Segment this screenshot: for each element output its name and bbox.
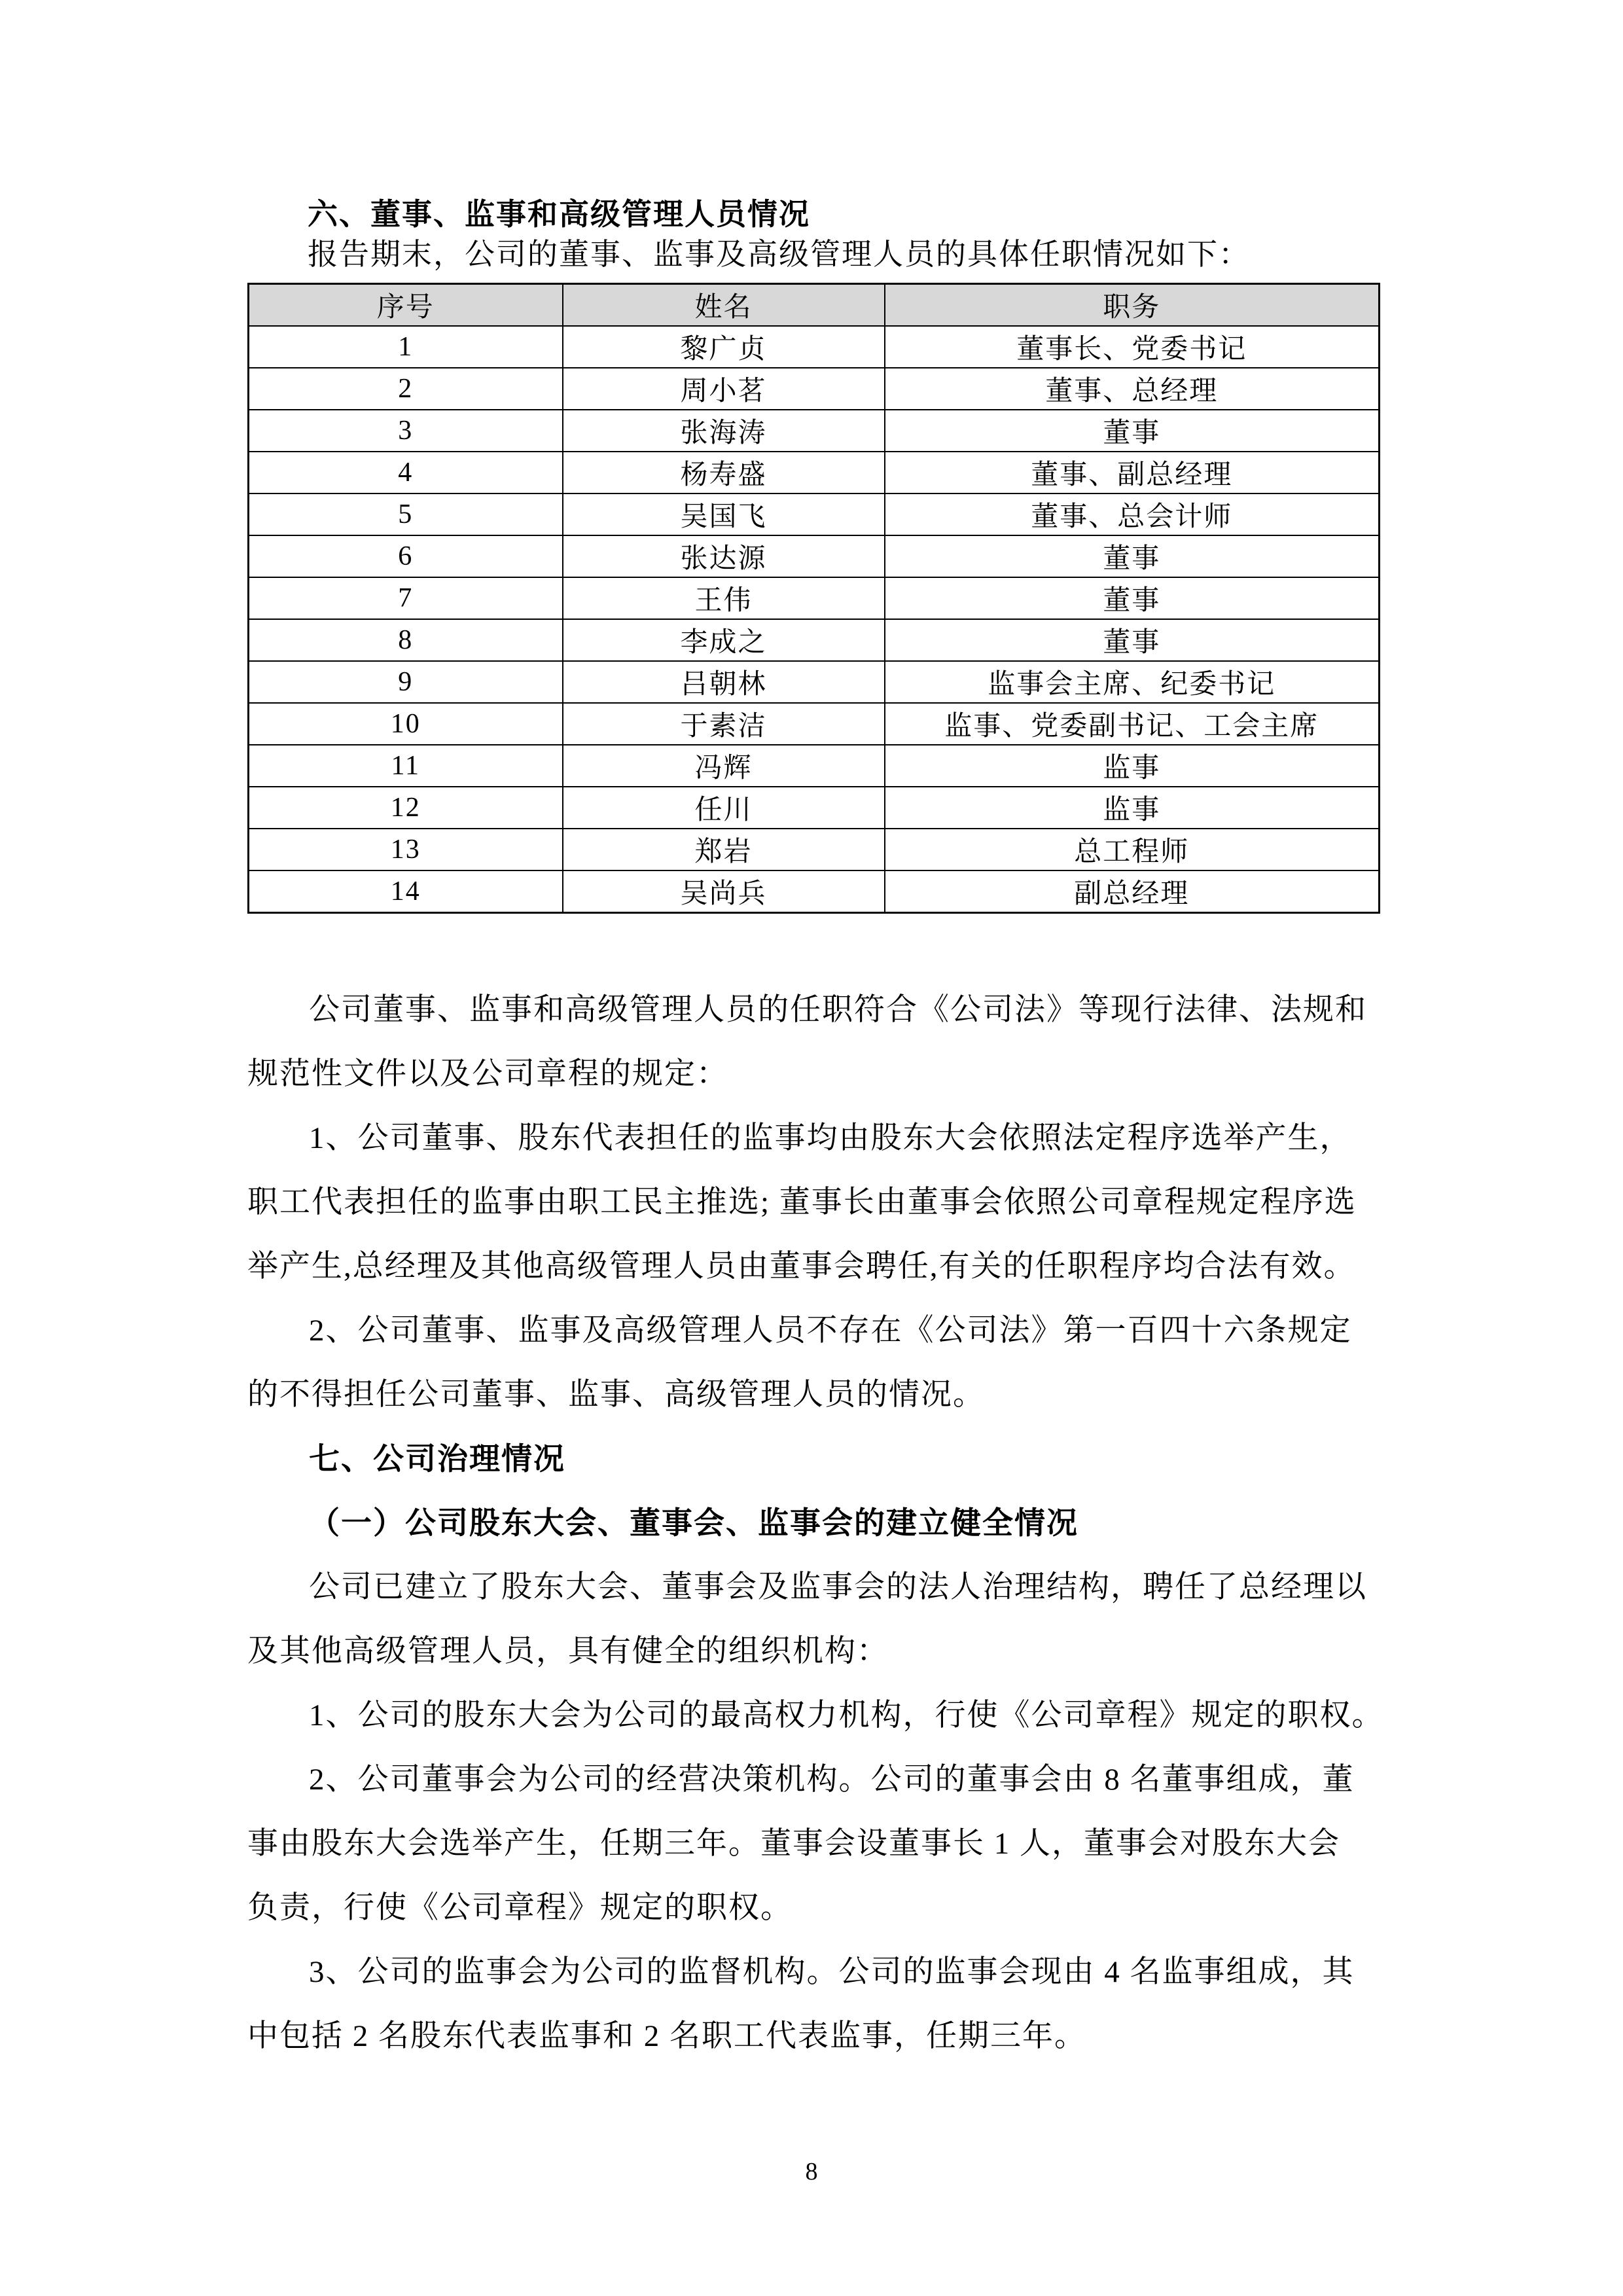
row-index: 5 [249,493,563,535]
body-line: 负责，行使《公司章程》规定的职权。 [247,1876,1399,1940]
person-position: 董事 [885,410,1380,452]
body-line: 中包括 2 名股东代表监事和 2 名职工代表监事，任期三年。 [247,2004,1399,2068]
table-row: 7王伟董事 [249,577,1380,619]
body-line: 举产生,总经理及其他高级管理人员由董事会聘任,有关的任职程序均合法有效。 [247,1234,1399,1299]
person-position: 监事、党委副书记、工会主席 [885,703,1380,745]
person-name: 张达源 [563,535,885,577]
row-index: 7 [249,577,563,619]
row-index: 13 [249,829,563,870]
body-line: 1、公司董事、股东代表担任的监事均由股东大会依照法定程序选举产生， [247,1106,1399,1170]
body-line: 1、公司的股东大会为公司的最高权力机构，行使《公司章程》规定的职权。 [247,1683,1399,1748]
person-position: 董事、总经理 [885,368,1380,410]
person-name: 吴国飞 [563,493,885,535]
body-line: 公司已建立了股东大会、董事会及监事会的法人治理结构，聘任了总经理以 [247,1555,1399,1619]
body-text: 公司董事、监事和高级管理人员的任职符合《公司法》等现行法律、法规和规范性文件以及… [247,978,1399,2068]
row-index: 2 [249,368,563,410]
table-header-row: 序号姓名职务 [249,284,1380,327]
row-index: 9 [249,661,563,703]
person-name: 王伟 [563,577,885,619]
person-name: 李成之 [563,619,885,661]
table-row: 3张海涛董事 [249,410,1380,452]
sub-heading-line: （一）公司股东大会、董事会、监事会的建立健全情况 [247,1491,1399,1555]
body-line: 3、公司的监事会为公司的监督机构。公司的监事会现由 4 名监事组成，其 [247,1940,1399,2004]
table-row: 2周小茗董事、总经理 [249,368,1380,410]
document-page: 六、董事、监事和高级管理人员情况 报告期末，公司的董事、监事及高级管理人员的具体… [0,0,1623,2296]
table-row: 14吴尚兵副总经理 [249,870,1380,913]
person-position: 董事 [885,619,1380,661]
table-row: 13郑岩总工程师 [249,829,1380,870]
table-body: 1黎广贞董事长、党委书记2周小茗董事、总经理3张海涛董事4杨寿盛董事、副总经理5… [249,326,1380,913]
body-line: 的不得担任公司董事、监事、高级管理人员的情况。 [247,1363,1399,1427]
table-row: 6张达源董事 [249,535,1380,577]
table-row: 11冯辉监事 [249,745,1380,787]
body-line: 公司董事、监事和高级管理人员的任职符合《公司法》等现行法律、法规和 [247,978,1399,1042]
person-name: 杨寿盛 [563,452,885,493]
person-position: 董事、副总经理 [885,452,1380,493]
person-position: 董事 [885,535,1380,577]
table-row: 9吕朝林监事会主席、纪委书记 [249,661,1380,703]
body-line: 职工代表担任的监事由职工民主推选; 董事长由董事会依照公司章程规定程序选 [247,1170,1399,1234]
table-row: 8李成之董事 [249,619,1380,661]
row-index: 8 [249,619,563,661]
person-position: 监事会主席、纪委书记 [885,661,1380,703]
body-line: 2、公司董事会为公司的经营决策机构。公司的董事会由 8 名董事组成，董 [247,1748,1399,1812]
person-name: 任川 [563,787,885,829]
person-position: 监事 [885,787,1380,829]
table-row: 1黎广贞董事长、党委书记 [249,326,1380,368]
management-table: 序号姓名职务 1黎广贞董事长、党委书记2周小茗董事、总经理3张海涛董事4杨寿盛董… [247,283,1380,914]
body-line: 及其他高级管理人员，具有健全的组织机构： [247,1619,1399,1683]
table-header-cell: 序号 [249,284,563,327]
sub-heading-line: 七、公司治理情况 [247,1427,1399,1491]
table-row: 4杨寿盛董事、副总经理 [249,452,1380,493]
person-position: 董事、总会计师 [885,493,1380,535]
person-position: 董事长、党委书记 [885,326,1380,368]
row-index: 3 [249,410,563,452]
row-index: 12 [249,787,563,829]
page-number: 8 [0,2156,1623,2187]
person-position: 董事 [885,577,1380,619]
person-position: 监事 [885,745,1380,787]
person-name: 周小茗 [563,368,885,410]
row-index: 14 [249,870,563,913]
table-row: 10于素洁监事、党委副书记、工会主席 [249,703,1380,745]
table-intro-text: 报告期末，公司的董事、监事及高级管理人员的具体任职情况如下： [247,234,1386,275]
person-name: 黎广贞 [563,326,885,368]
table-row: 12任川监事 [249,787,1380,829]
row-index: 10 [249,703,563,745]
body-line: 2、公司董事、监事及高级管理人员不存在《公司法》第一百四十六条规定 [247,1299,1399,1363]
person-name: 郑岩 [563,829,885,870]
person-name: 冯辉 [563,745,885,787]
row-index: 4 [249,452,563,493]
person-position: 总工程师 [885,829,1380,870]
row-index: 6 [249,535,563,577]
table-header-cell: 姓名 [563,284,885,327]
section-6-heading: 六、董事、监事和高级管理人员情况 [247,194,1386,234]
person-name: 吴尚兵 [563,870,885,913]
person-name: 张海涛 [563,410,885,452]
body-line: 规范性文件以及公司章程的规定： [247,1042,1399,1106]
row-index: 11 [249,745,563,787]
row-index: 1 [249,326,563,368]
body-line: 事由股东大会选举产生，任期三年。董事会设董事长 1 人，董事会对股东大会 [247,1812,1399,1876]
table-header-cell: 职务 [885,284,1380,327]
person-position: 副总经理 [885,870,1380,913]
person-name: 于素洁 [563,703,885,745]
table-row: 5吴国飞董事、总会计师 [249,493,1380,535]
person-name: 吕朝林 [563,661,885,703]
